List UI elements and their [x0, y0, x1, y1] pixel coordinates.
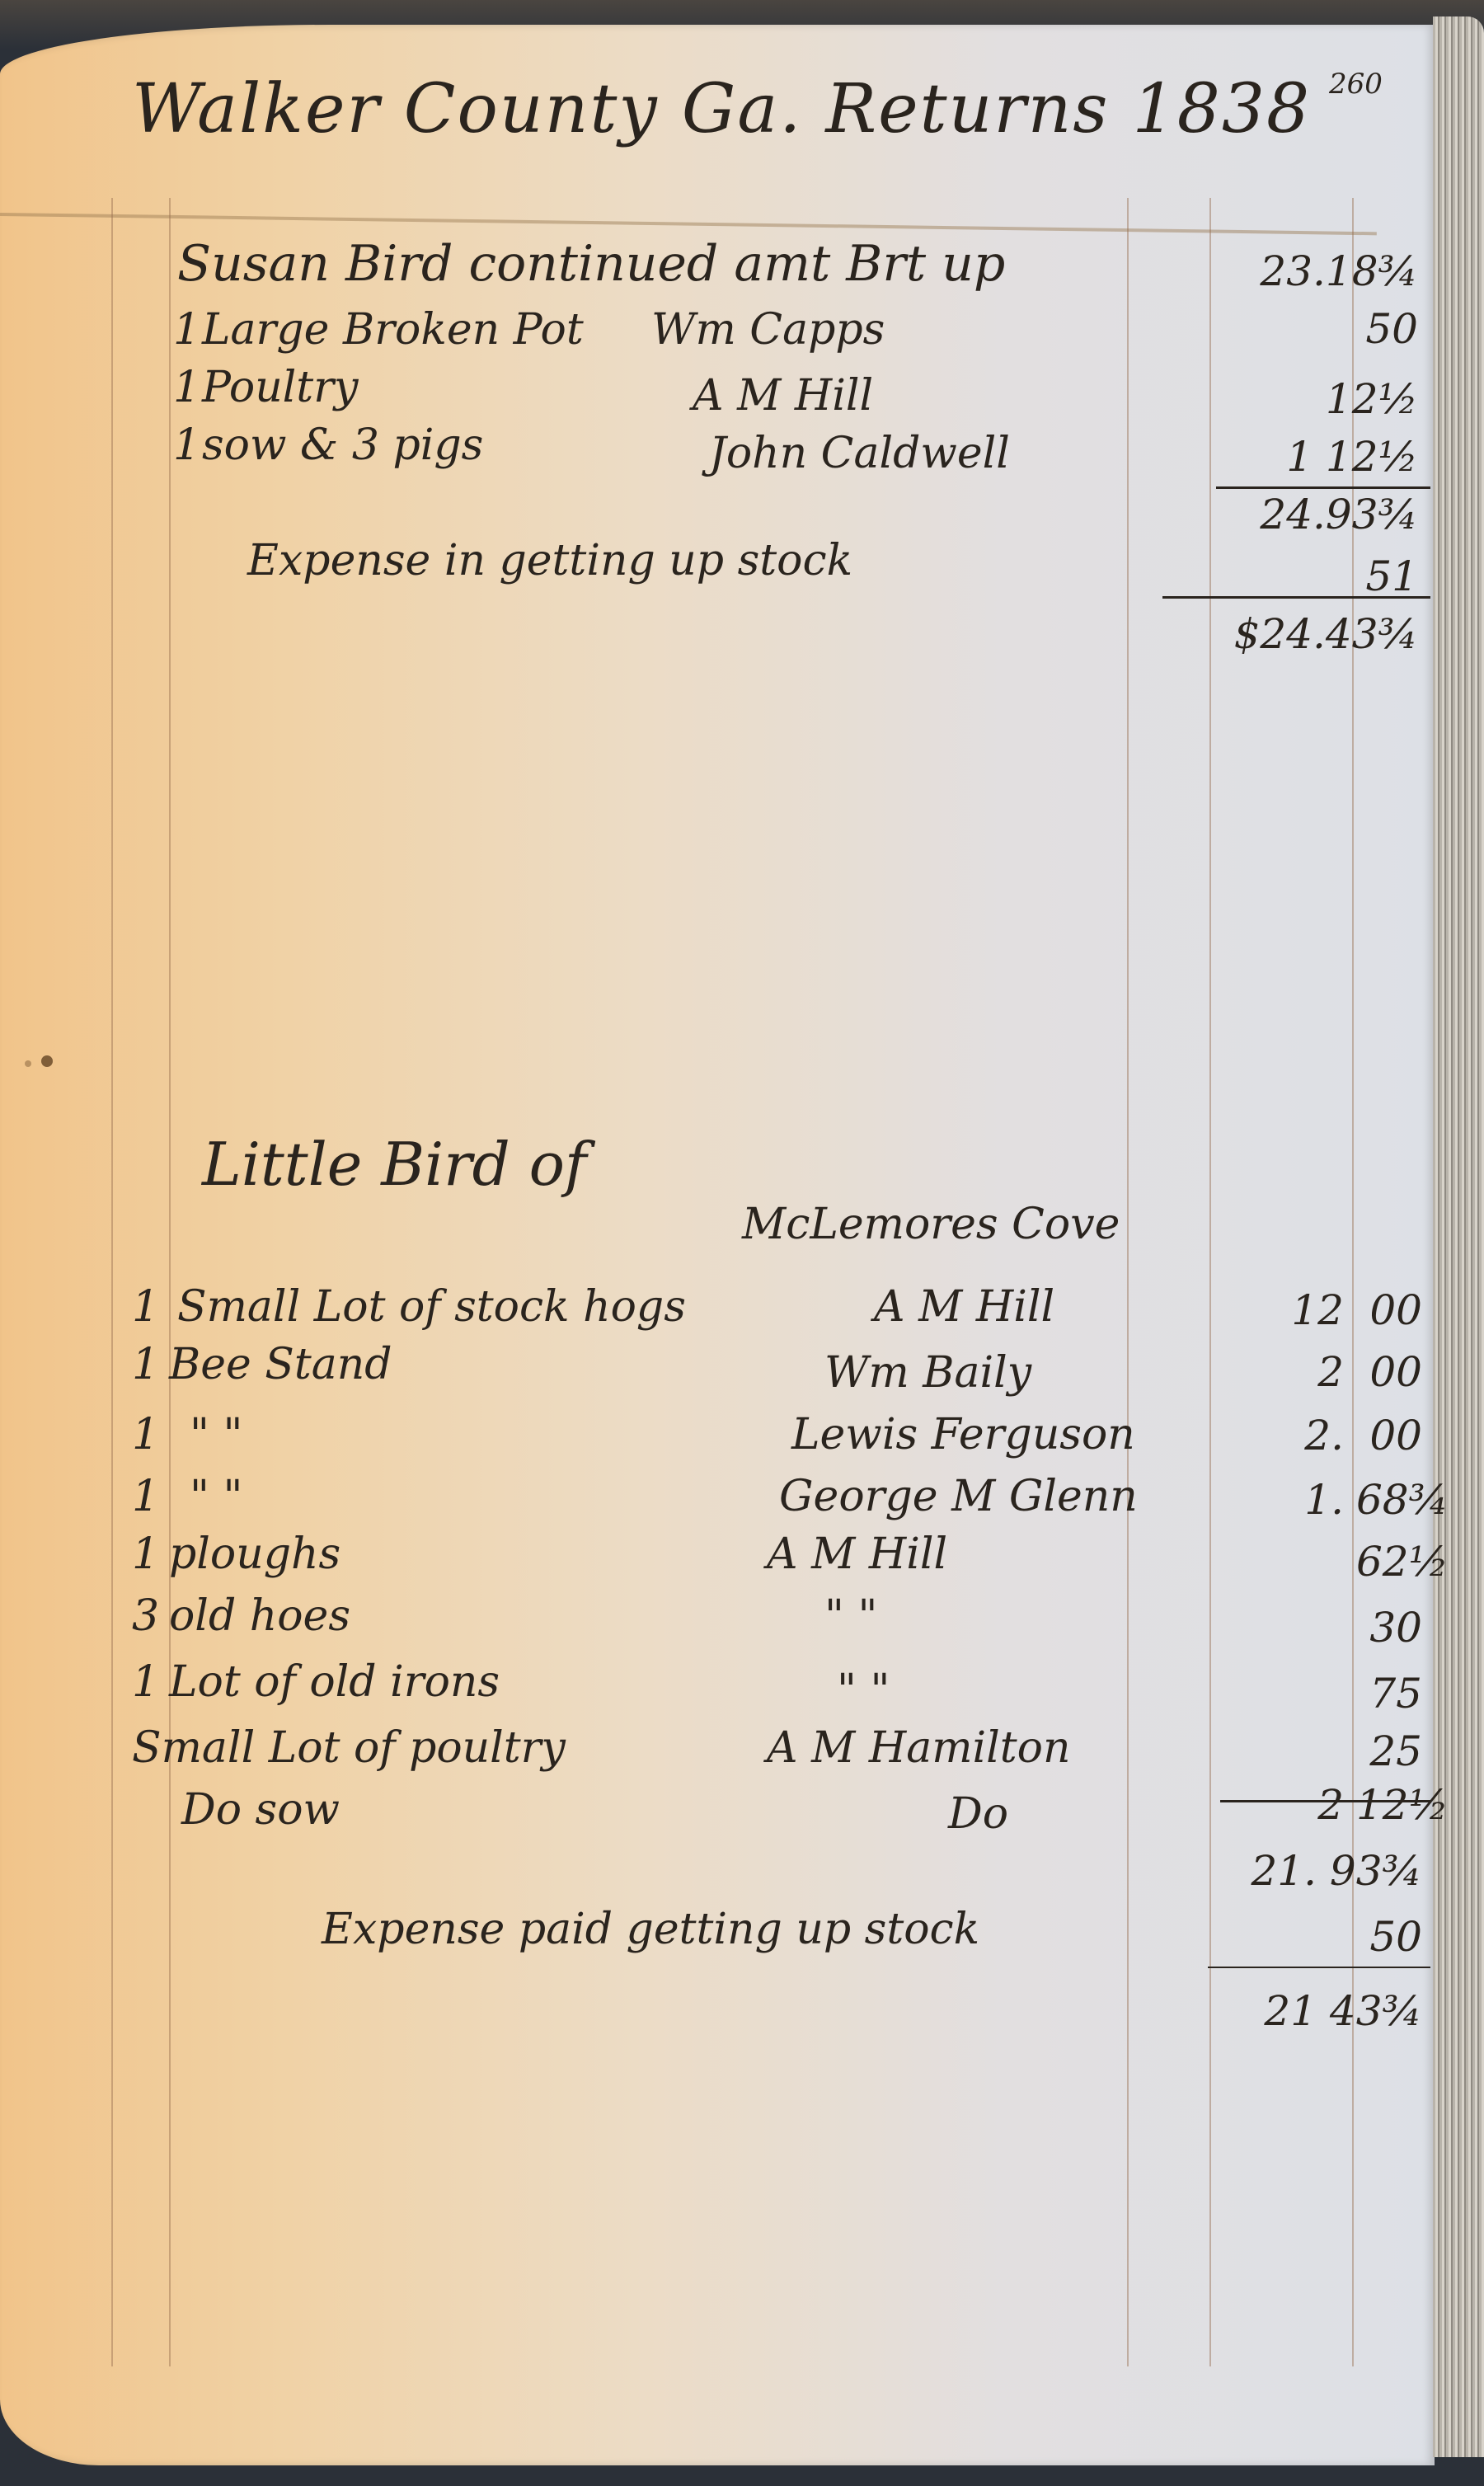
item: " ": [190, 1410, 242, 1459]
amount: 1 12½: [1212, 433, 1418, 481]
item: Lot of old irons: [169, 1657, 500, 1707]
page-number: 260: [1329, 68, 1383, 101]
margin-line-1: [111, 198, 113, 2366]
item: Large Broken Pot: [202, 305, 584, 355]
qty: 1: [132, 1282, 159, 1332]
buyer: John Caldwell: [709, 429, 1010, 478]
qty: 1: [173, 305, 200, 355]
qty: 1: [132, 1657, 159, 1707]
cents: 00: [1356, 1286, 1422, 1334]
section2-subtotal: 21. 93¾: [1212, 1847, 1422, 1895]
dollars: 2.: [1212, 1412, 1344, 1459]
buyer: A M Hill: [693, 371, 873, 421]
buyer: " ": [837, 1666, 890, 1715]
amount: 50: [1237, 305, 1418, 353]
amount: 12½: [1237, 375, 1418, 423]
qty: 1: [132, 1472, 159, 1521]
column-line-1: [1127, 198, 1129, 2366]
dollars: 2: [1212, 1348, 1344, 1396]
page-edges: [1433, 16, 1484, 2457]
buyer: " ": [824, 1591, 877, 1641]
cents: 12½: [1356, 1781, 1422, 1829]
cents: 25: [1356, 1727, 1422, 1775]
total-rule: [1162, 596, 1430, 599]
item: Small Lot of poultry: [132, 1723, 566, 1773]
buyer: Do: [948, 1789, 1008, 1839]
section1-subtotal: 24.93¾: [1212, 491, 1418, 538]
cents: 30: [1356, 1604, 1422, 1652]
qty: 1: [173, 421, 200, 470]
buyer: A M Hill: [767, 1530, 947, 1579]
item: sow & 3 pigs: [202, 421, 483, 470]
ink-blot: [25, 1060, 31, 1067]
item: Poultry: [202, 363, 358, 412]
item: Small Lot of stock hogs: [177, 1282, 686, 1332]
qty: 3: [132, 1591, 159, 1641]
buyer: A M Hamilton: [767, 1723, 1070, 1773]
total-rule: [1208, 1967, 1430, 1968]
column-line-2: [1209, 198, 1211, 2366]
qty: 1: [173, 363, 200, 412]
item: Do sow: [181, 1785, 340, 1835]
section1-expense-label: Expense in getting up stock: [247, 536, 852, 585]
margin-line-2: [169, 198, 171, 2366]
section1-brought-up: 23.18¾: [1212, 247, 1418, 295]
dollars: 12: [1212, 1286, 1344, 1334]
section1-heading: Susan Bird continued amt Brt up: [177, 235, 1005, 293]
item: ploughs: [169, 1530, 340, 1579]
item: " ": [190, 1472, 242, 1521]
section2-total: 21 43¾: [1212, 1987, 1422, 2035]
buyer: George M Glenn: [779, 1472, 1138, 1521]
buyer: A M Hill: [874, 1282, 1054, 1332]
qty: 1: [132, 1530, 159, 1579]
buyer: Wm Baily: [824, 1348, 1031, 1398]
header-rule: [0, 213, 1377, 235]
section1-expense: 51: [1237, 552, 1418, 600]
section1-total: $24.43¾: [1171, 610, 1418, 658]
ink-blot: [41, 1055, 53, 1067]
qty: 1: [132, 1340, 159, 1389]
buyer: Wm Capps: [651, 305, 885, 355]
subtotal-rule: [1216, 486, 1430, 489]
dollars: 1.: [1212, 1476, 1344, 1524]
page-title: Walker County Ga. Returns 1838: [132, 70, 1311, 148]
ledger-photo: Walker County Ga. Returns 1838 260 Susan…: [0, 0, 1484, 2486]
cents: 68¾: [1356, 1476, 1422, 1524]
cents: 00: [1356, 1348, 1422, 1396]
cents: 62½: [1356, 1538, 1422, 1586]
cents: 00: [1356, 1412, 1422, 1459]
section2-heading: Little Bird of: [202, 1130, 587, 1199]
item: old hoes: [169, 1591, 350, 1641]
qty: 1: [132, 1410, 159, 1459]
section2-subheading: McLemores Cove: [742, 1200, 1120, 1249]
item: Bee Stand: [169, 1340, 392, 1389]
section2-expense-label: Expense paid getting up stock: [322, 1905, 979, 1954]
subtotal-rule: [1220, 1800, 1430, 1802]
dollars: 2: [1212, 1781, 1344, 1829]
cents: 75: [1356, 1670, 1422, 1718]
section2-expense: 50: [1356, 1913, 1422, 1961]
buyer: Lewis Ferguson: [791, 1410, 1135, 1459]
